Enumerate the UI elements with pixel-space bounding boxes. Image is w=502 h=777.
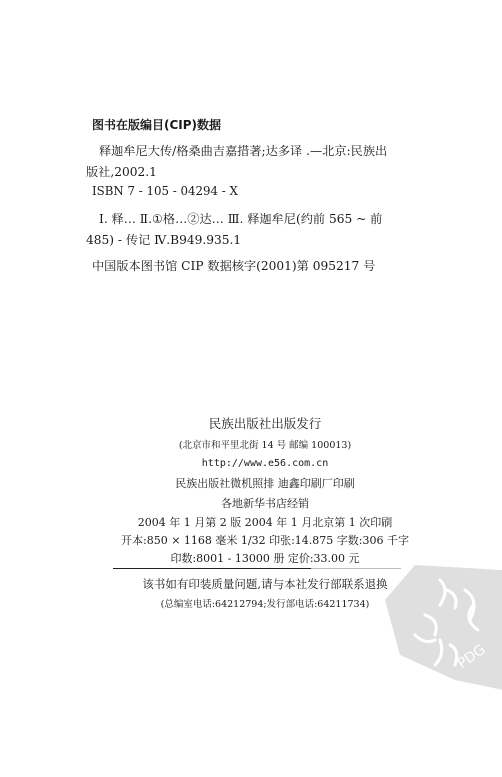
divider-line <box>113 568 311 569</box>
print-run-price: 印数:8001 - 13000 册 定价:33.00 元 <box>110 550 420 566</box>
contact-phones: (总编室电话:64212794;发行部电话:64211734) <box>110 596 420 610</box>
pdg-watermark-seal: PDG <box>385 560 502 690</box>
cip-entry-line-2: 版社,2002.1 <box>86 163 157 180</box>
cip-entry-line-1: 释迦牟尼大传/格桑曲吉嘉措著;达多译 .—北京:民族出 <box>99 142 387 159</box>
edition-info: 2004 年 1 月第 2 版 2004 年 1 月北京第 1 次印刷 <box>110 514 420 530</box>
distribution: 各地新华书店经销 <box>110 495 420 511</box>
cip-subjects-line-1: Ⅰ. 释… Ⅱ.①格…②达… Ⅲ. 释迦牟尼(约前 565 ~ 前 <box>99 210 382 227</box>
cip-title: 图书在版编目(CIP)数据 <box>92 116 221 133</box>
isbn: ISBN 7 - 105 - 04294 - X <box>92 184 238 198</box>
typesetting-printing: 民族出版社微机照排 迪鑫印刷厂印刷 <box>110 475 420 491</box>
publisher: 民族出版社出版发行 <box>110 414 420 432</box>
publisher-address: (北京市和平里北街 14 号 邮编 100013) <box>110 437 420 451</box>
format-info: 开本:850 × 1168 毫米 1/32 印张:14.875 字数:306 千… <box>110 532 420 548</box>
quality-notice: 该书如有印装质量问题,请与本社发行部联系退换 <box>110 576 420 592</box>
cip-subjects-line-2: 485) - 传记 Ⅳ.B949.935.1 <box>86 231 241 248</box>
publisher-website: http://www.e56.com.cn <box>110 458 420 469</box>
seal-icon: PDG <box>385 560 502 690</box>
cip-number: 中国版本图书馆 CIP 数据核字(2001)第 095217 号 <box>92 257 375 274</box>
